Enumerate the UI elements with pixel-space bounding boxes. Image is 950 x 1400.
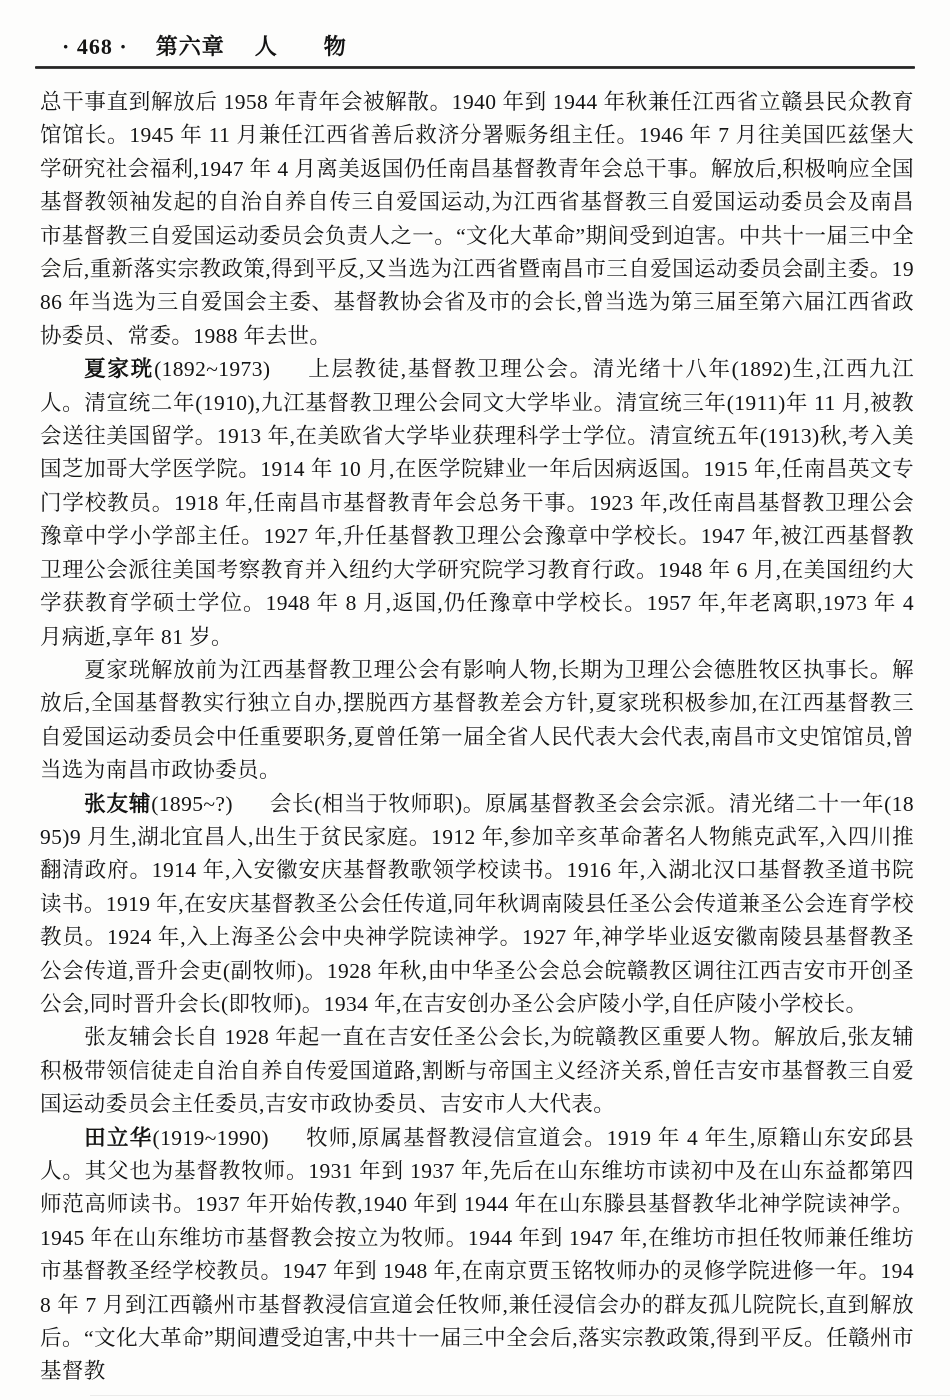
page-body: 总干事直到解放后 1958 年青年会被解散。1940 年到 1944 年秋兼任江… — [40, 86, 914, 1389]
bio-name: 田立华 — [84, 1126, 152, 1150]
paragraph: 张友辅(1895~?)会长(相当于牧师职)。原属基督教圣会会宗派。清光绪二十一年… — [40, 788, 914, 1022]
bio-name: 张友辅 — [84, 792, 151, 816]
bio-name: 夏家珖 — [84, 357, 154, 381]
page-bottom-edge — [90, 1395, 950, 1396]
paragraph: 田立华(1919~1990)牧师,原属基督教浸信宣道会。1919 年 4 年生,… — [40, 1122, 914, 1389]
chapter-label: 第六章 — [156, 34, 225, 59]
paragraph-text: 牧师,原属基督教浸信宣道会。1919 年 4 年生,原籍山东安邱县人。其父也为基… — [40, 1126, 914, 1384]
paragraph-text: 夏家珖解放前为江西基督教卫理公会有影响人物,长期为卫理公会德胜牧区执事长。解放后… — [40, 658, 914, 782]
page-number: · 468 · — [62, 34, 128, 59]
bio-dates: (1895~?) — [151, 792, 233, 816]
header-rule — [35, 66, 915, 69]
bio-dates: (1892~1973) — [154, 357, 270, 381]
paragraph: 张友辅会长自 1928 年起一直在吉安任圣公会长,为皖赣教区重要人物。解放后,张… — [40, 1021, 914, 1121]
paragraph: 总干事直到解放后 1958 年青年会被解散。1940 年到 1944 年秋兼任江… — [40, 86, 914, 353]
paragraph: 夏家珖(1892~1973)上层教徒,基督教卫理公会。清光绪十八年(1892)生… — [40, 353, 914, 654]
paragraph-text: 会长(相当于牧师职)。原属基督教圣会会宗派。清光绪二十一年(1895)9 月生,… — [40, 792, 914, 1016]
paragraph-text: 上层教徒,基督教卫理公会。清光绪十八年(1892)生,江西九江人。清宣统二年(1… — [40, 357, 914, 648]
paragraph-text: 张友辅会长自 1928 年起一直在吉安任圣公会长,为皖赣教区重要人物。解放后,张… — [40, 1025, 914, 1116]
chapter-title: 人 物 — [255, 34, 347, 59]
paragraph: 夏家珖解放前为江西基督教卫理公会有影响人物,长期为卫理公会德胜牧区执事长。解放后… — [40, 654, 914, 788]
bio-dates: (1919~1990) — [153, 1126, 269, 1150]
book-page: · 468 ·第六章人 物 总干事直到解放后 1958 年青年会被解散。1940… — [0, 0, 950, 1400]
paragraph-text: 总干事直到解放后 1958 年青年会被解散。1940 年到 1944 年秋兼任江… — [40, 90, 914, 348]
running-head: · 468 ·第六章人 物 — [62, 30, 910, 61]
